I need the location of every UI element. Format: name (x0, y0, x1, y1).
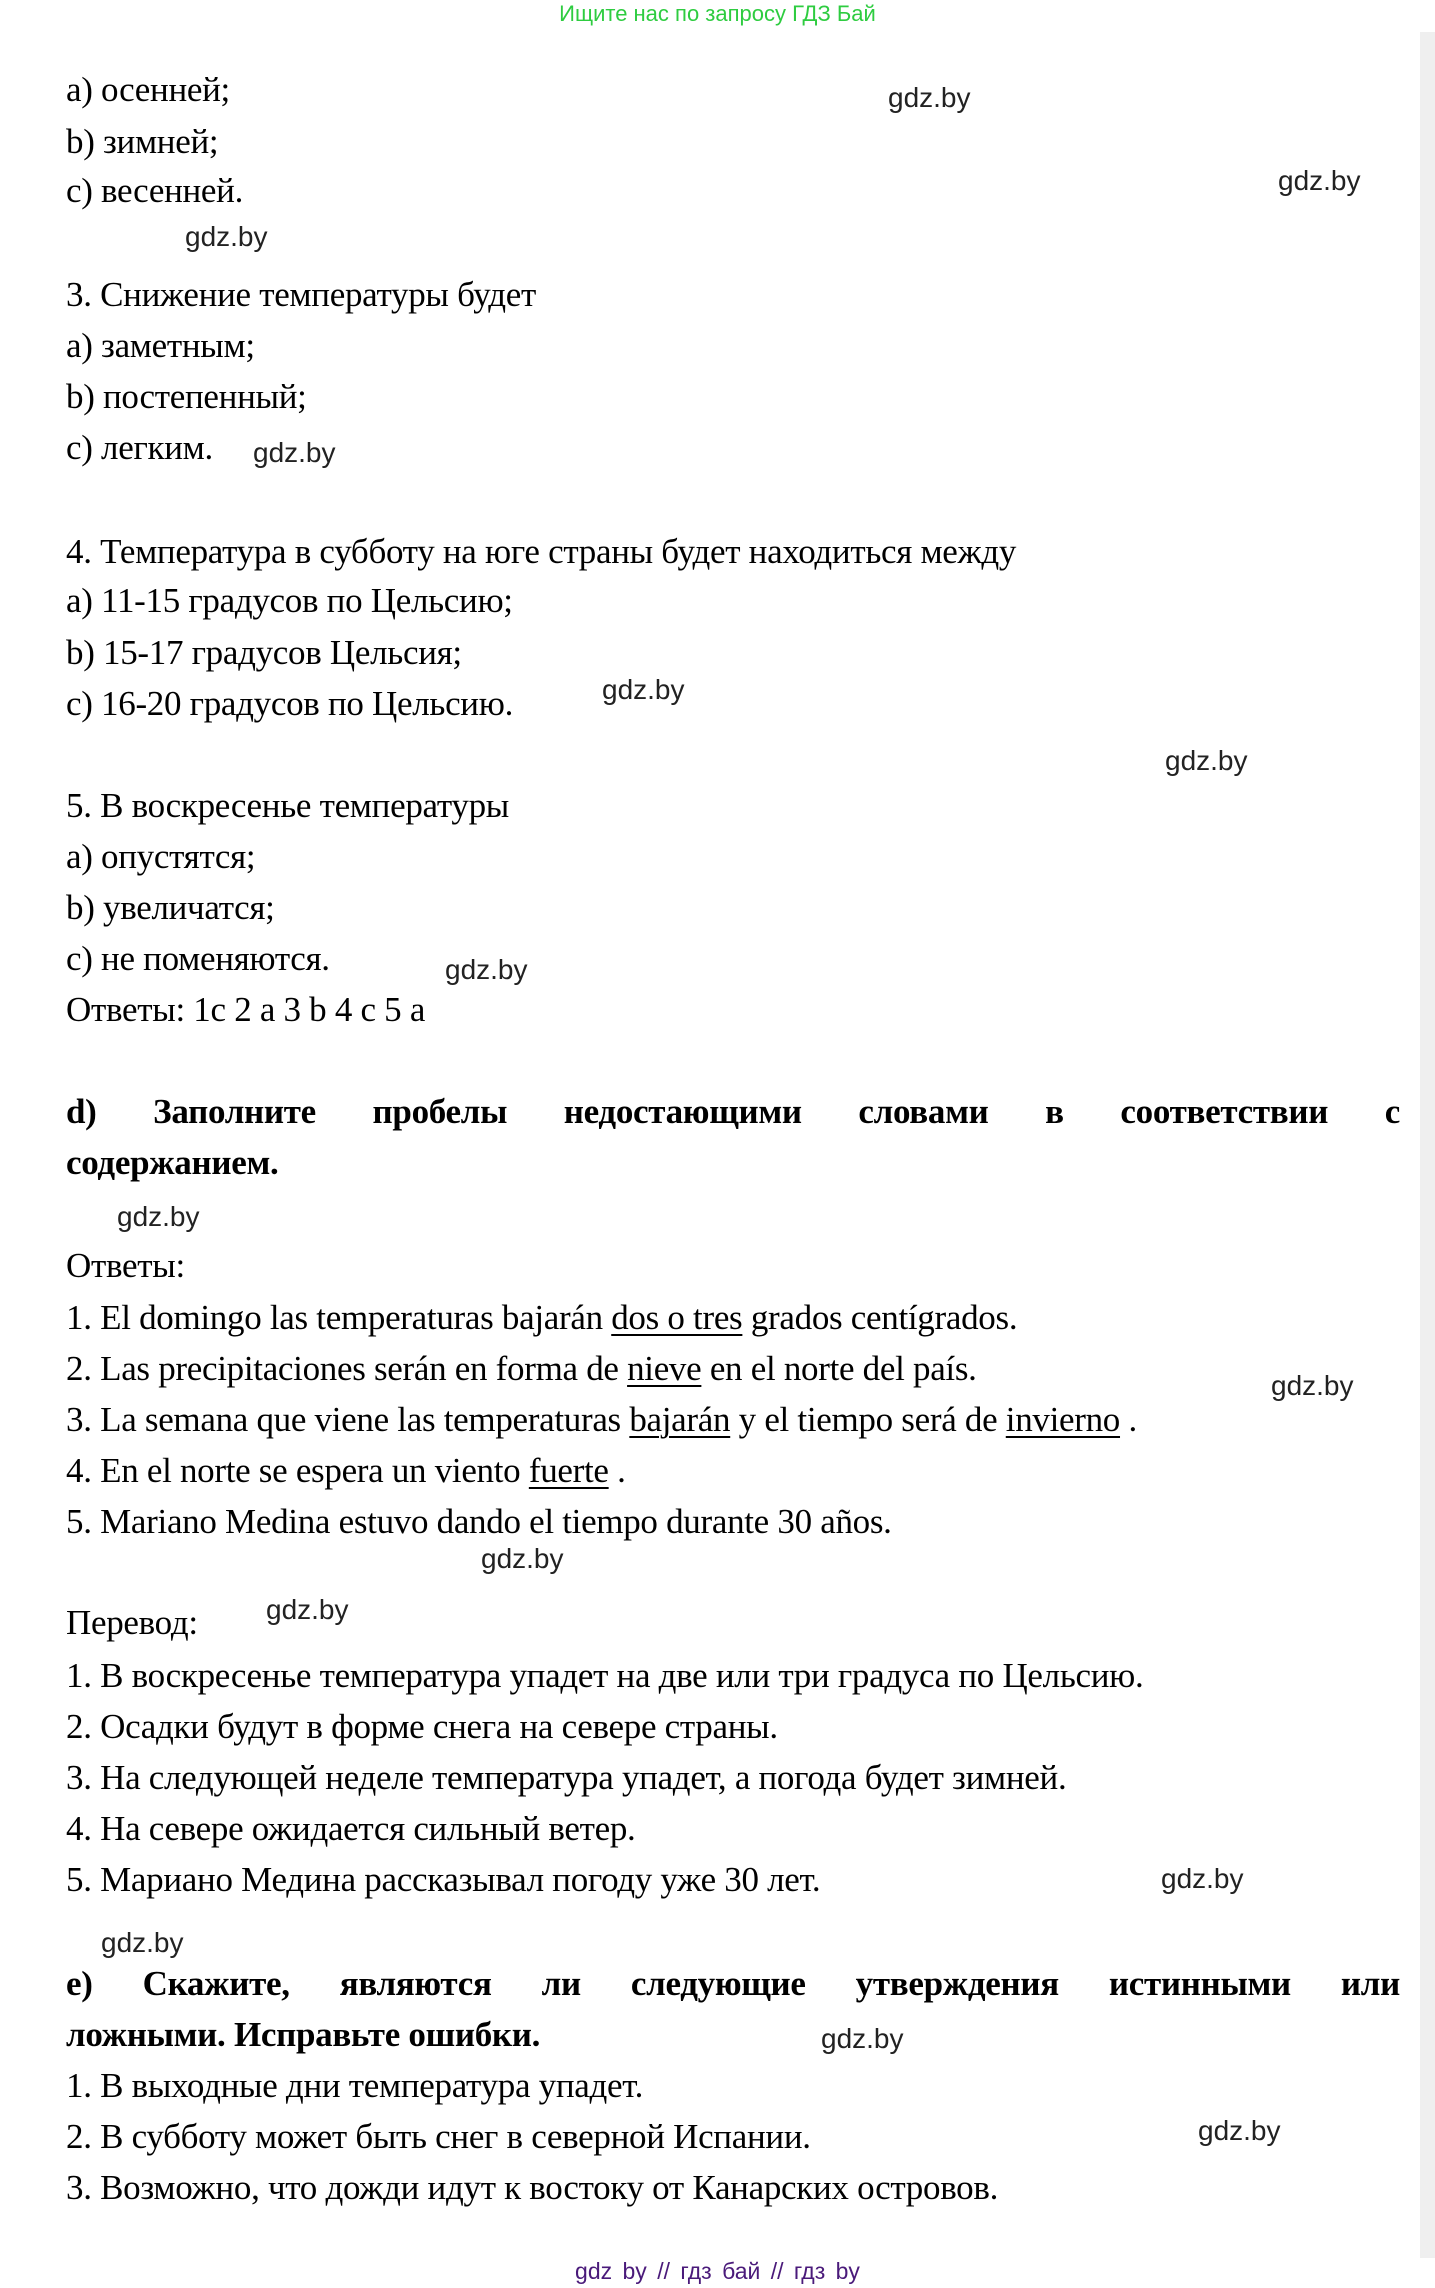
answer-text: La semana que viene las temperaturas (100, 1400, 629, 1439)
watermark: gdz.by (602, 674, 685, 706)
option-3c: c) легким. (66, 426, 213, 470)
section-d-heading: d) Заполните пробелы недостающими словам… (66, 1090, 1400, 1134)
answer-text: grados centígrados. (742, 1298, 1017, 1337)
answer-number: 2. (66, 1349, 92, 1388)
search-banner[interactable]: Ищите нас по запросу ГДЗ Бай (0, 0, 1435, 30)
option-4c: c) 16-20 градусов по Цельсию. (66, 682, 513, 726)
watermark: gdz.by (185, 221, 268, 253)
answer-number: 3. (66, 1400, 92, 1439)
answer-d-3: 3. La semana que viene las temperaturas … (66, 1398, 1137, 1442)
answer-blank: fuerte (529, 1451, 609, 1490)
option-3b: b) постепенный; (66, 375, 307, 419)
watermark: gdz.by (1165, 745, 1248, 777)
translation-4: 4. На севере ожидается сильный ветер. (66, 1807, 635, 1851)
translation-3: 3. На следующей неделе температура упаде… (66, 1756, 1066, 1800)
answer-text: . (609, 1451, 626, 1490)
option-2b: b) зимней; (66, 120, 218, 164)
answer-text: . (1120, 1400, 1137, 1439)
option-5b: b) увеличатся; (66, 886, 275, 930)
option-4b: b) 15-17 градусов Цельсия; (66, 631, 462, 675)
watermark: gdz.by (253, 437, 336, 469)
watermark: gdz.by (1198, 2115, 1281, 2147)
statement-1: 1. В выходные дни температура упадет. (66, 2064, 643, 2108)
answer-d-2: 2. Las precipitaciones serán en forma de… (66, 1347, 977, 1391)
section-e-heading-cont: ложными. Исправьте ошибки. (66, 2013, 540, 2057)
watermark: gdz.by (1271, 1370, 1354, 1402)
watermark: gdz.by (101, 1927, 184, 1959)
translation-1: 1. В воскресенье температура упадет на д… (66, 1654, 1143, 1698)
answer-blank: dos o tres (611, 1298, 742, 1337)
section-d-heading-cont: содержанием. (66, 1141, 278, 1185)
question-5: 5. В воскресенье температуры (66, 784, 509, 828)
option-3a: a) заметным; (66, 324, 255, 368)
watermark: gdz.by (481, 1543, 564, 1575)
watermark: gdz.by (1161, 1863, 1244, 1895)
option-4a: a) 11-15 градусов по Цельсию; (66, 579, 513, 623)
answer-number: 4. (66, 1451, 92, 1490)
answer-number: 1. (66, 1298, 92, 1337)
watermark: gdz.by (445, 954, 528, 986)
scrollbar[interactable] (1420, 32, 1435, 2258)
answer-blank: nieve (627, 1349, 701, 1388)
answer-text: Las precipitaciones serán en forma de (100, 1349, 627, 1388)
answer-text: en el norte del país. (701, 1349, 976, 1388)
answers-label: Ответы: (66, 1244, 185, 1288)
option-5c: c) не поменяются. (66, 937, 330, 981)
answer-text: En el norte se espera un viento (100, 1451, 529, 1490)
watermark: gdz.by (266, 1594, 349, 1626)
statement-3: 3. Возможно, что дожди идут к востоку от… (66, 2166, 998, 2210)
answer-d-5: 5. Mariano Medina estuvo dando el tiempo… (66, 1500, 892, 1544)
answer-text: Mariano Medina estuvo dando el tiempo du… (100, 1502, 892, 1541)
question-4: 4. Температура в субботу на юге страны б… (66, 530, 1016, 574)
answer-text: y el tiempo será de (730, 1400, 1006, 1439)
answer-number: 5. (66, 1502, 92, 1541)
watermark: gdz.by (1278, 165, 1361, 197)
option-2a: a) осенней; (66, 68, 230, 112)
watermark: gdz.by (117, 1201, 200, 1233)
answer-blank: invierno (1006, 1400, 1120, 1439)
answer-blank: bajarán (629, 1400, 730, 1439)
translation-5: 5. Мариано Медина рассказывал погоду уже… (66, 1858, 820, 1902)
answers-c: Ответы: 1c 2 a 3 b 4 c 5 a (66, 988, 425, 1032)
section-e-heading: e) Скажите, являются ли следующие утверж… (66, 1962, 1400, 2006)
answer-text: El domingo las temperaturas bajarán (100, 1298, 611, 1337)
translation-label: Перевод: (66, 1601, 198, 1645)
translation-2: 2. Осадки будут в форме снега на севере … (66, 1705, 778, 1749)
option-2c: c) весенней. (66, 169, 243, 213)
footer-links[interactable]: gdz by // гдз бай // гдз by (0, 2256, 1435, 2286)
answer-d-4: 4. En el norte se espera un viento fuert… (66, 1449, 626, 1493)
watermark: gdz.by (888, 82, 971, 114)
option-5a: a) опустятся; (66, 835, 255, 879)
watermark: gdz.by (821, 2023, 904, 2055)
answer-d-1: 1. El domingo las temperaturas bajarán d… (66, 1296, 1017, 1340)
statement-2: 2. В субботу может быть снег в северной … (66, 2115, 811, 2159)
question-3: 3. Снижение температуры будет (66, 273, 536, 317)
